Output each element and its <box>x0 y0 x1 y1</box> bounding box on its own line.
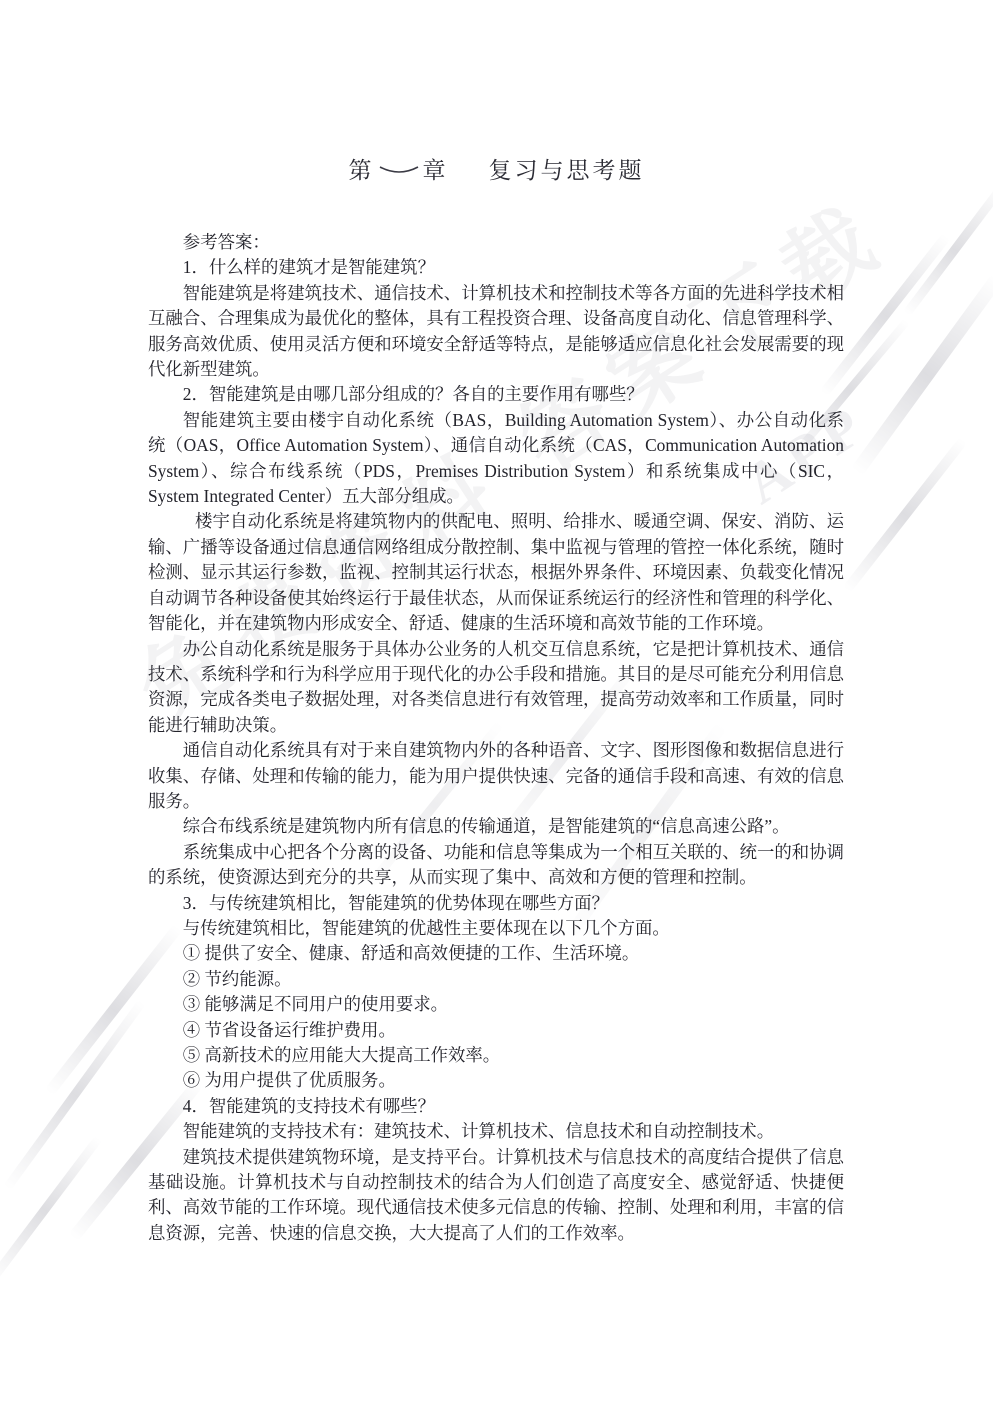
page-title: 第章复习与思考题 <box>0 152 993 185</box>
answer-paragraph: 智能建筑是将建筑技术、通信技术、计算机技术和控制技术等各方面的先进科学技术相互融… <box>148 281 844 383</box>
answer-paragraph: 通信自动化系统具有对于来自建筑物内外的各种语音、文字、图形图像和数据信息进行收集… <box>148 738 844 814</box>
chapter-prefix: 第 <box>349 158 375 183</box>
list-item-4: ④ 节省设备运行维护费用。 <box>148 1018 844 1043</box>
answers-label: 参考答案： <box>148 230 844 255</box>
chapter-number-blank-icon <box>378 158 420 184</box>
document-body: 参考答案： 1．什么样的建筑才是智能建筑？ 智能建筑是将建筑技术、通信技术、计算… <box>148 230 844 1246</box>
answer-paragraph: 楼宇自动化系统是将建筑物内的供配电、照明、给排水、暖通空调、保安、消防、运输、广… <box>148 509 844 636</box>
question-4: 4．智能建筑的支持技术有哪些？ <box>148 1094 844 1119</box>
watermark-stroke <box>3 999 145 1190</box>
list-item-6: ⑥ 为用户提供了优质服务。 <box>148 1068 844 1093</box>
list-item-2: ② 节约能源。 <box>148 967 844 992</box>
watermark-stroke <box>843 437 968 593</box>
answer-paragraph: 系统集成中心把各个分离的设备、功能和信息等集成为一个相互关联的、统一的和协调的系… <box>148 840 844 891</box>
watermark-stroke <box>851 274 993 476</box>
answer-paragraph: 办公自动化系统是服务于具体办公业务的人机交互信息系统，它是把计算机技术、通信技术… <box>148 637 844 739</box>
list-item-3: ③ 能够满足不同用户的使用要求。 <box>148 992 844 1017</box>
answer-paragraph: 建筑技术提供建筑物环境，是支持平台。计算机技术与信息技术的高度结合提供了信息基础… <box>148 1145 844 1247</box>
title-text: 复习与思考题 <box>489 158 645 183</box>
chapter-suffix: 章 <box>423 158 449 183</box>
watermark-stroke <box>0 1135 102 1284</box>
answer-paragraph: 综合布线系统是建筑物内所有信息的传输通道，是智能建筑的“信息高速公路”。 <box>148 814 844 839</box>
answer-paragraph: 与传统建筑相比，智能建筑的优越性主要体现在以下几个方面。 <box>148 916 844 941</box>
question-1: 1．什么样的建筑才是智能建筑？ <box>148 255 844 280</box>
watermark-stroke <box>903 183 993 316</box>
answer-paragraph: 智能建筑的支持技术有：建筑技术、计算机技术、信息技术和自动控制技术。 <box>148 1119 844 1144</box>
question-2: 2．智能建筑是由哪几部分组成的？各自的主要作用有哪些？ <box>148 382 844 407</box>
list-item-5: ⑤ 高新技术的应用能大大提高工作效率。 <box>148 1043 844 1068</box>
question-3: 3．与传统建筑相比，智能建筑的优势体现在哪些方面？ <box>148 891 844 916</box>
list-item-1: ① 提供了安全、健康、舒适和高效便捷的工作、生活环境。 <box>148 941 844 966</box>
answer-paragraph: 智能建筑主要由楼宇自动化系统（BAS，Building Automation S… <box>148 408 844 510</box>
